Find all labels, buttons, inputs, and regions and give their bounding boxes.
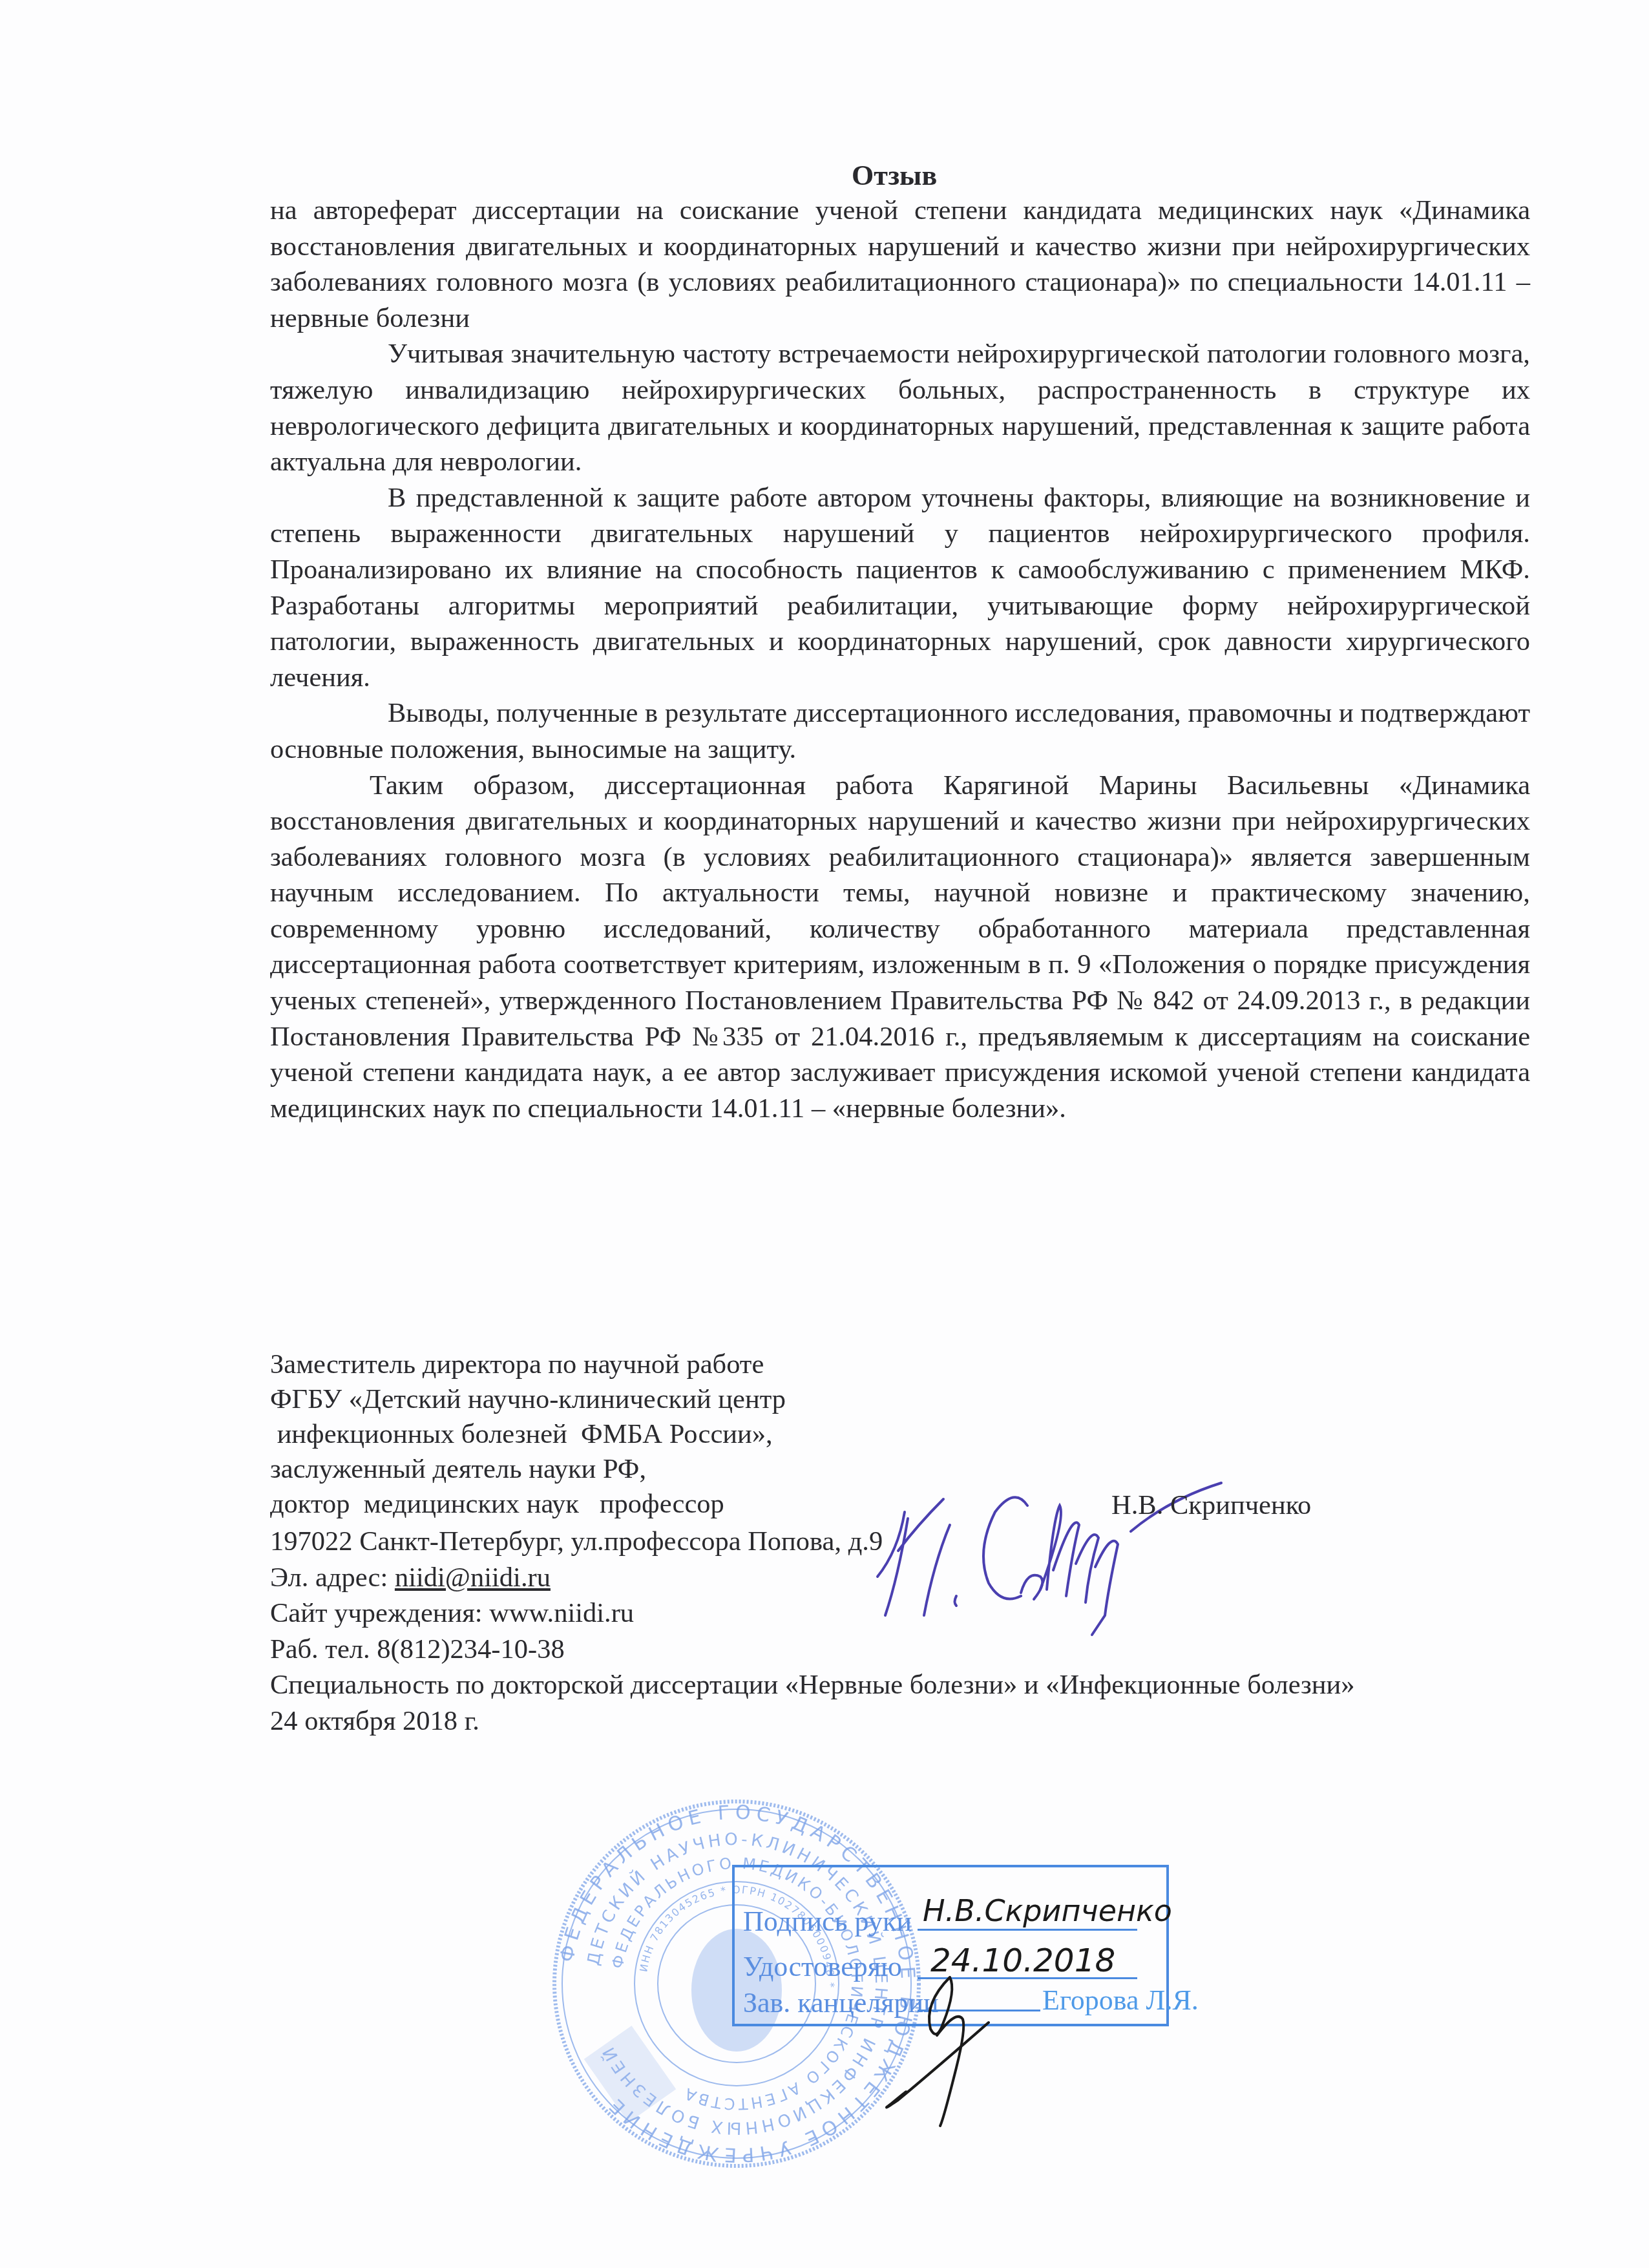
email-link[interactable]: niidi@niidi.ru [395, 1562, 551, 1593]
email-line: Эл. адрес: niidi@niidi.ru [270, 1560, 1530, 1596]
signer-position: Заместитель директора по научной работе [270, 1347, 1537, 1382]
stamp-label-signature: Подпись руки [743, 1905, 912, 1938]
email-label: Эл. адрес: [270, 1562, 395, 1593]
paragraph-conclusions: Выводы, полученные в результате диссерта… [270, 695, 1530, 767]
stamp-office-head-name: Егорова Л.Я. [1042, 1984, 1199, 2017]
paragraph-subject: на автореферат диссертации на соискание … [270, 193, 1530, 336]
phone-line: Раб. тел. 8(812)234-10-38 [270, 1632, 1530, 1668]
paragraph-findings: В представленной к защите работе автором… [270, 480, 1530, 696]
office-head-signature-icon [859, 1964, 1040, 2132]
signer-name: Н.В. Скрипченко [1111, 1488, 1311, 1523]
website-line: Сайт учреждения: www.niidi.ru [270, 1595, 1530, 1632]
document-body: на автореферат диссертации на соискание … [270, 193, 1530, 1126]
paragraph-verdict: Таким образом, диссертационная работа Ка… [270, 768, 1530, 1127]
document-date: 24 октября 2018 г. [270, 1703, 1530, 1739]
postal-address: 197022 Санкт-Петербург, ул.профессора По… [270, 1524, 1530, 1560]
document-page: Отзыв на автореферат диссертации на соис… [0, 0, 1649, 2268]
signer-organization: ФГБУ «Детский научно-клинический центр [270, 1382, 1537, 1417]
paragraph-relevance: Учитывая значительную частоту встречаемо… [270, 336, 1530, 479]
specialty-line: Специальность по докторской диссертации … [270, 1667, 1530, 1703]
stamp-handwritten-name: Н.В.Скрипченко [923, 1893, 1172, 1928]
stamp-underline-1 [918, 1929, 1137, 1931]
contact-block: 197022 Санкт-Петербург, ул.профессора По… [270, 1524, 1530, 1739]
title-text: Отзыв [852, 158, 937, 194]
